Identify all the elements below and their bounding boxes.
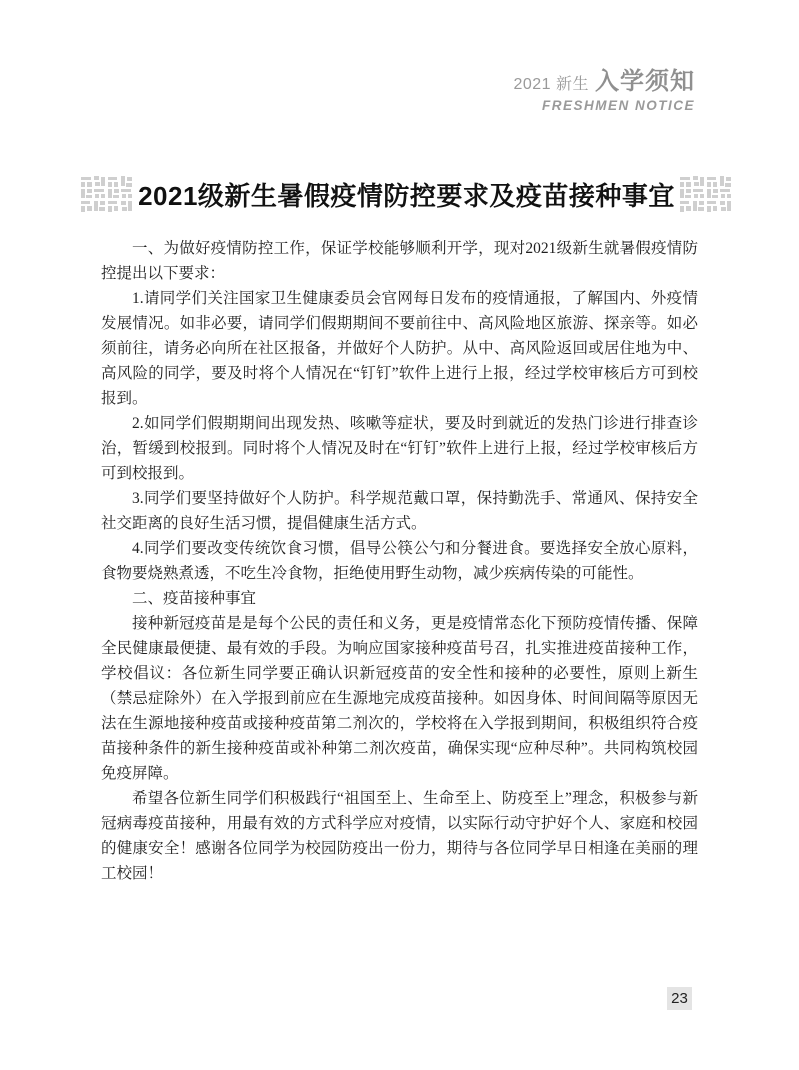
paragraph-item-2: 2.如同学们假期期间出现发热、咳嗽等症状，要及时到就近的发热门诊进行排查诊治，暂… [101,411,698,486]
headline-row: 2021级新生暑假疫情防控要求及疫苗接种事宜 [0,176,799,213]
paragraph-section-1: 一、为做好疫情防控工作，保证学校能够顺利开学，现对2021级新生就暑假疫情防控提… [101,236,698,286]
paragraph-closing: 希望各位新生同学们积极践行“祖国至上、生命至上、防疫至上”理念，积极参与新冠病毒… [101,786,698,886]
ornament-right-icon [680,176,732,213]
paragraph-item-1: 1.请同学们关注国家卫生健康委员会官网每日发布的疫情通报，了解国内、外疫情发展情… [101,286,698,411]
running-head-title-en: FRESHMEN NOTICE [513,99,695,113]
notice-page: 2021 新生 入学须知 FRESHMEN NOTICE 2021级新生暑假疫 [0,0,799,1070]
paragraph-vaccine: 接种新冠疫苗是是每个公民的责任和义务，更是疫情常态化下预防疫情传播、保障全民健康… [101,611,698,786]
paragraph-item-3: 3.同学们要坚持做好个人防护。科学规范戴口罩，保持勤洗手、常通风、保持安全社交距… [101,486,698,536]
article-body: 一、为做好疫情防控工作，保证学校能够顺利开学，现对2021级新生就暑假疫情防控提… [101,236,698,886]
paragraph-section-2: 二、疫苗接种事宜 [101,586,698,611]
article-title: 2021级新生暑假疫情防控要求及疫苗接种事宜 [138,176,675,213]
paragraph-item-4: 4.同学们要改变传统饮食习惯，倡导公筷公勺和分餐进食。要选择安全放心原料，食物要… [101,536,698,586]
page-number: 23 [667,987,692,1010]
running-head-year: 2021 新生 [513,77,589,93]
running-head-title-cn: 入学须知 [595,70,695,94]
ornament-left-icon [81,176,133,213]
running-head: 2021 新生 入学须知 FRESHMEN NOTICE [513,70,695,113]
running-head-line1: 2021 新生 入学须知 [513,70,695,94]
